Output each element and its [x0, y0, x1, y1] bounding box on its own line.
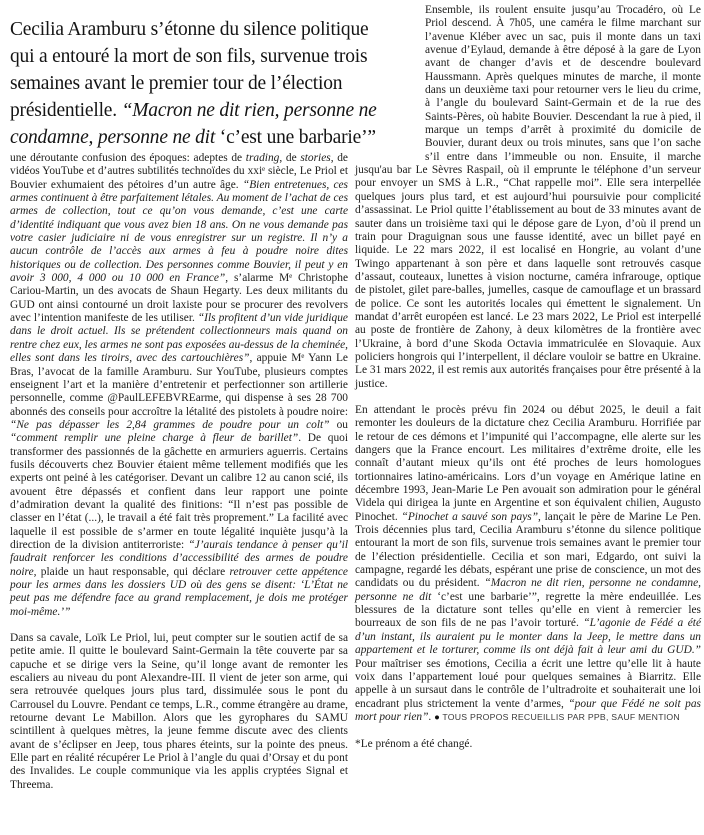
text-run: , de — [279, 152, 300, 164]
left-column: une déroutante confusion des époques: ad… — [10, 152, 348, 792]
text-run: Dans sa cavale, Loïk Le Priol, lui, peut… — [10, 632, 348, 791]
text-run: “Pinochet a sauvé son pays” — [401, 511, 538, 523]
text-run: “comment remplir une pleine charge à fle… — [10, 432, 298, 444]
text-run: présidentielle. — [10, 100, 122, 121]
text-run: trading — [246, 152, 280, 164]
text-run: condamne, personne ne dit — [10, 127, 220, 148]
article-page: Cecilia Aramburu s’étonne du silence pol… — [0, 0, 704, 835]
credit-text: TOUS PROPOS RECUEILLIS PAR PPB, SAUF MEN… — [440, 712, 680, 722]
text-run: semaines avant le premier tour de l’élec… — [10, 73, 342, 94]
text-run: “Bien entretenues, ces armes continuent … — [10, 179, 348, 284]
headline-wrap-spacer — [355, 4, 425, 153]
text-run: une déroutante confusion des époques: ad… — [10, 152, 246, 164]
text-run: plaide un haut responsable, qui déclare — [41, 566, 230, 578]
footnote: *Le prénom a été changé. — [355, 738, 701, 751]
text-run: Cecilia Aramburu s’étonne du silence pol… — [10, 19, 369, 40]
text-run: “Ne pas dépasser les 2,84 grammes de pou… — [10, 419, 330, 431]
text-run: stories — [300, 152, 330, 164]
right-column: Ensemble, ils roulent ensuite jusqu’au T… — [355, 4, 701, 752]
paragraph: En attendant le procès prévu fin 2024 ou… — [355, 404, 701, 725]
paragraph: Dans sa cavale, Loïk Le Priol, lui, peut… — [10, 632, 348, 792]
text-run: ‘c’est une barbarie’” — [220, 127, 376, 148]
paragraph: une déroutante confusion des époques: ad… — [10, 152, 348, 619]
text-run: qui a entouré la mort de son fils, surve… — [10, 46, 367, 67]
text-run: ou — [330, 419, 348, 431]
text-run: . De quoi transformer des passionnés de … — [10, 432, 348, 551]
text-run: En attendant le procès prévu fin 2024 ou… — [355, 404, 701, 523]
text-run: “Macron ne dit rien, personne ne — [122, 100, 377, 121]
